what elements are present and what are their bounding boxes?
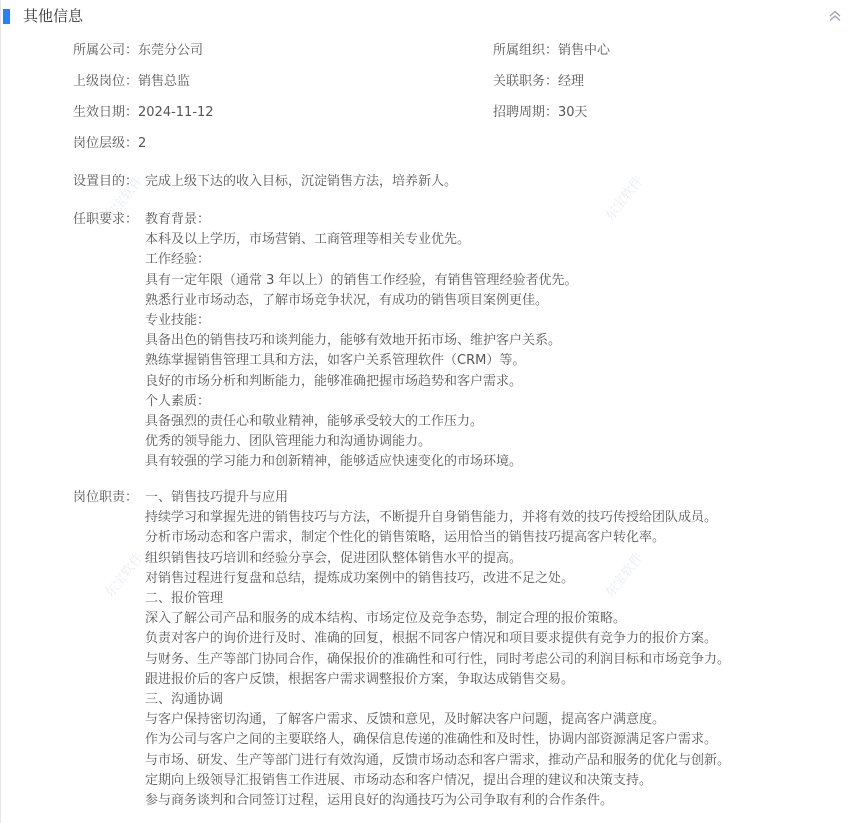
requirement-item: 具有一定年限（通常 3 年以上）的销售工作经验，有销售管理经验者优先。 — [145, 271, 578, 291]
field-label: 招聘周期： — [493, 103, 558, 123]
duty-heading: 二、报价管理 — [145, 589, 730, 609]
duty-item: 对销售过程进行复盘和总结，提炼成功案例中的销售技巧，改进不足之处。 — [145, 569, 730, 589]
field-label: 关联职务： — [493, 72, 558, 92]
duty-item: 作为公司与客户之间的主要联络人，确保信息传递的准确性和及时性，协调内部资源满足客… — [145, 730, 730, 750]
duties-list: 一、销售技巧提升与应用 持续学习和掌握先进的销售技巧与方法，不断提升自身销售能力… — [145, 488, 730, 811]
field-organization: 所属组织：销售中心 — [493, 41, 610, 61]
requirement-item: 具有较强的学习能力和创新精神，能够适应快速变化的市场环境。 — [145, 452, 578, 472]
field-value: 完成上级下达的收入目标，沉淀销售方法，培养新人。 — [145, 172, 457, 192]
field-value: 销售总监 — [138, 74, 190, 89]
section-header: 其他信息 — [1, 0, 859, 32]
duty-item: 与市场、研发、生产等部门进行有效沟通，反馈市场动态和客户需求，推动产品和服务的优… — [145, 751, 730, 771]
field-recruit-cycle: 招聘周期：30天 — [493, 103, 588, 123]
requirement-heading: 教育背景： — [145, 210, 578, 230]
duty-item: 跟进报价后的客户反馈，根据客户需求调整报价方案，争取达成销售交易。 — [145, 670, 730, 690]
watermark: 东宝软件 — [100, 548, 147, 601]
collapse-button[interactable] — [825, 6, 845, 26]
requirement-heading: 专业技能： — [145, 311, 578, 331]
requirement-item: 良好的市场分析和判断能力，能够准确把握市场趋势和客户需求。 — [145, 372, 578, 392]
field-label: 岗位职责： — [73, 488, 138, 508]
requirement-item: 本科及以上学历，市场营销、工商管理等相关专业优先。 — [145, 230, 578, 250]
duty-item: 分析市场动态和客户需求，制定个性化的销售策略，运用恰当的销售技巧提高客户转化率。 — [145, 528, 730, 548]
field-value: 2024-11-12 — [138, 105, 214, 120]
double-chevron-up-icon — [828, 10, 842, 22]
field-value: 经理 — [558, 74, 584, 89]
field-position-level: 岗位层级：2 — [73, 134, 146, 154]
duty-item: 与财务、生产等部门协同合作，确保报价的准确性和可行性，同时考虑公司的利润目标和市… — [145, 650, 730, 670]
requirements-list: 教育背景： 本科及以上学历，市场营销、工商管理等相关专业优先。 工作经验： 具有… — [145, 210, 578, 473]
field-company: 所属公司：东莞分公司 — [73, 41, 203, 61]
other-info-panel: 其他信息 东宝软件 东宝软件 东宝软件 东宝软件 所属公司：东莞分公司 所属组织… — [0, 0, 859, 823]
field-effective-date: 生效日期：2024-11-12 — [73, 103, 214, 123]
requirement-item: 具备强烈的责任心和敬业精神，能够承受较大的工作压力。 — [145, 412, 578, 432]
requirement-item: 熟练掌握销售管理工具和方法，如客户关系管理软件（CRM）等。 — [145, 351, 578, 371]
requirement-heading: 个人素质： — [145, 392, 578, 412]
duty-item: 组织销售技巧培训和经验分享会，促进团队整体销售水平的提高。 — [145, 549, 730, 569]
watermark: 东宝软件 — [600, 171, 647, 224]
field-related-job: 关联职务：经理 — [493, 72, 584, 92]
requirement-heading: 工作经验： — [145, 250, 578, 270]
field-label: 生效日期： — [73, 103, 138, 123]
requirement-item: 具备出色的销售技巧和谈判能力，能够有效地开拓市场、维护客户关系。 — [145, 331, 578, 351]
section-title: 其他信息 — [23, 6, 83, 26]
field-label: 所属组织： — [493, 41, 558, 61]
requirement-item: 熟悉行业市场动态，了解市场竞争状况，有成功的销售项目案例更佳。 — [145, 291, 578, 311]
requirement-item: 优秀的领导能力、团队管理能力和沟通协调能力。 — [145, 432, 578, 452]
field-label: 岗位层级： — [73, 134, 138, 154]
field-label: 所属公司： — [73, 41, 138, 61]
field-label: 上级岗位： — [73, 72, 138, 92]
duty-item: 深入了解公司产品和服务的成本结构、市场定位及竞争态势，制定合理的报价策略。 — [145, 609, 730, 629]
field-label: 任职要求： — [73, 210, 138, 230]
field-value: 30天 — [558, 105, 588, 120]
duty-item: 定期向上级领导汇报销售工作进展、市场动态和客户情况，提出合理的建议和决策支持。 — [145, 771, 730, 791]
duty-item: 与客户保持密切沟通，了解客户需求、反馈和意见，及时解决客户问题，提高客户满意度。 — [145, 710, 730, 730]
field-label: 设置目的： — [73, 172, 138, 192]
duty-item: 持续学习和掌握先进的销售技巧与方法，不断提升自身销售能力，并将有效的技巧传授给团… — [145, 508, 730, 528]
duty-item: 负责对客户的询价进行及时、准确的回复，根据不同客户情况和项目要求提供有竞争力的报… — [145, 629, 730, 649]
duty-heading: 三、沟通协调 — [145, 690, 730, 710]
field-value: 东莞分公司 — [138, 43, 203, 58]
field-value: 销售中心 — [558, 43, 610, 58]
field-superior-position: 上级岗位：销售总监 — [73, 72, 190, 92]
duty-heading: 一、销售技巧提升与应用 — [145, 488, 730, 508]
field-value: 2 — [138, 136, 146, 151]
duty-item: 参与商务谈判和合同签订过程，运用良好的沟通技巧为公司争取有利的合作条件。 — [145, 791, 730, 811]
section-accent-bar — [3, 9, 10, 24]
